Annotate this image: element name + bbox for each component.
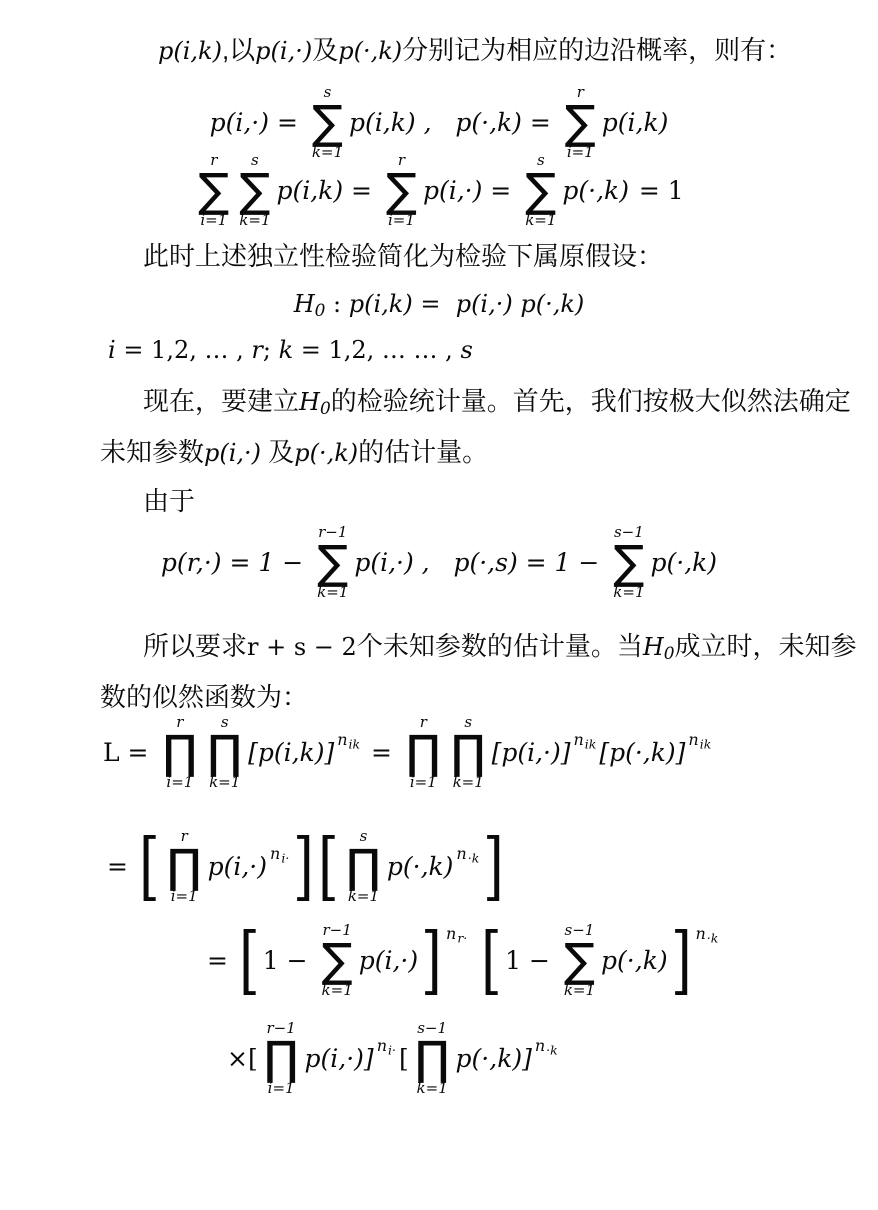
tall-bracket: ]: [671, 928, 692, 993]
text-run: [470, 946, 478, 975]
math-run: p(·,k): [338, 37, 402, 65]
math-run: H: [643, 633, 664, 661]
paragraph-likelihood-label: 数的似然函数为：: [100, 681, 308, 715]
math-run: p(·,k): [294, 439, 358, 467]
subscript: 0: [664, 643, 675, 663]
math-run: p(i,·) , p(·,s) = 1 −: [354, 548, 607, 577]
text-run: 1 −: [505, 946, 558, 975]
chinese-text-run: 此时上述独立性检验简化为检验下属原假设：: [143, 241, 663, 271]
formula-total-probability-one: r∑i=1s∑k=1p(i,k) = r∑i=1p(i,·) = s∑k=1p(…: [100, 152, 778, 229]
text-run: ;: [263, 336, 279, 364]
product-operator: s∏k=1: [207, 714, 242, 791]
formula-likelihood-line2: = [r∏i=1p(i,·)ni·][s∏k=1p(·,k)n·k]: [106, 828, 506, 905]
formula-likelihood-line1: L = r∏i=1s∏k=1[p(i,k)]nik = r∏i=1s∏k=1[p…: [102, 714, 713, 791]
superscript: nik: [687, 730, 711, 752]
math-run: p(i,k) , p(·,k) =: [349, 108, 559, 137]
tall-bracket: ]: [293, 834, 314, 899]
math-run: n: [446, 924, 456, 943]
sum-operator: s−1∑k=1: [564, 922, 595, 999]
math-run: k: [279, 336, 294, 364]
chinese-text-run: 成立时，未知参: [675, 631, 857, 661]
chinese-text-run: 及: [261, 437, 294, 467]
superscript: nik: [336, 730, 360, 752]
text-run: ×[: [227, 1044, 258, 1073]
math-run: n: [456, 844, 466, 863]
math-run: [p(·,k)]: [599, 738, 685, 767]
math-run: p(i,k) =: [276, 176, 379, 205]
tall-bracket: ]: [483, 834, 504, 899]
subscript: 0: [320, 398, 331, 418]
math-run: H: [299, 388, 320, 416]
sum-operator: s∑k=1: [312, 84, 343, 161]
math-run: p(i,·): [359, 946, 418, 975]
tall-bracket: [: [318, 834, 339, 899]
tall-bracket: ]: [421, 928, 442, 993]
paragraph-intro: p(i,k),以p(i,·)及p(·,k)分别记为相应的边沿概率，则有：: [158, 34, 792, 68]
chinese-text-run: 的估计量。: [358, 437, 488, 467]
text-run: :: [325, 290, 348, 318]
sum-operator: s−1∑k=1: [613, 524, 644, 601]
sum-operator: r−1∑k=1: [322, 922, 353, 999]
chinese-text-run: ,以: [222, 35, 255, 65]
math-run: i: [108, 336, 116, 364]
tall-bracket: [: [139, 834, 160, 899]
math-run: p(·,k): [601, 946, 668, 975]
product-operator: s∏k=1: [451, 714, 486, 791]
chinese-text-run: 现在，要建立: [143, 386, 299, 416]
superscript: n·k: [534, 1036, 558, 1058]
math-run: H: [294, 290, 315, 318]
subscript: 0: [315, 300, 326, 320]
paragraph-index-range: i = 1,2, … , r; k = 1,2, … … , s: [108, 334, 473, 367]
formula-constraint: p(r,·) = 1 − r−1∑k=1p(i,·) , p(·,s) = 1 …: [100, 524, 778, 601]
subscript: ·k: [468, 850, 480, 865]
formula-likelihood-line4: ×[r−1∏i=1p(i,·)]ni·[s−1∏k=1p(·,k)]n·k: [226, 1020, 560, 1097]
math-run: n: [573, 730, 583, 749]
math-run: p(i,·)]: [305, 1044, 374, 1073]
chinese-text-run: 及: [312, 35, 338, 65]
math-run: s: [460, 336, 472, 364]
subscript: ·k: [707, 931, 719, 946]
chinese-text-run: 数的似然函数为：: [100, 682, 308, 712]
math-run: p(i,·): [255, 37, 312, 65]
math-run: p(i,k): [158, 37, 222, 65]
formula-marginal-probability: p(i,·) = s∑k=1p(i,k) , p(·,k) = r∑i=1p(i…: [100, 84, 778, 161]
math-run: p(i,k): [602, 108, 669, 137]
math-run: p(·,k)]: [456, 1044, 532, 1073]
chinese-text-run: 分别记为相应的边沿概率，则有：: [402, 35, 792, 65]
product-operator: r∏i=1: [406, 714, 441, 791]
chinese-text-run: 的检验统计量。首先，我们按极大似然法确定: [331, 386, 851, 416]
subscript: ik: [349, 736, 361, 751]
superscript: nik: [572, 730, 596, 752]
math-run: n: [688, 730, 698, 749]
math-run: p(i,k) = p(i,·) p(·,k): [349, 290, 584, 318]
text-run: L =: [103, 738, 156, 767]
tall-bracket: [: [239, 928, 260, 993]
math-run: p(i,·) =: [210, 108, 306, 137]
text-run: r + s − 2: [247, 633, 357, 661]
chinese-text-run: 由于: [143, 486, 195, 516]
sum-operator: r∑i=1: [565, 84, 596, 161]
text-run: = 1: [639, 176, 684, 205]
superscript: nr·: [445, 924, 467, 946]
math-run: n: [535, 1036, 545, 1055]
math-run: n: [377, 1036, 387, 1055]
chinese-text-run: 未知参数: [100, 437, 204, 467]
superscript: n·k: [694, 924, 718, 946]
product-operator: r∏i=1: [167, 828, 202, 905]
math-run: p(i,·) =: [423, 176, 519, 205]
subscript: i·: [388, 1042, 396, 1057]
paragraph-hypothesis-intro: 此时上述独立性检验简化为检验下属原假设：: [143, 240, 663, 274]
paragraph-estimate-count: 所以要求r + s − 2个未知参数的估计量。当H0成立时，未知参: [143, 630, 857, 664]
math-run: n: [695, 924, 705, 943]
subscript: r·: [457, 931, 467, 946]
math-run: p(r,·) = 1 −: [161, 548, 311, 577]
subscript: ·k: [546, 1042, 558, 1057]
formula-likelihood-line3: = [1 − r−1∑k=1p(i,·)]nr· [1 − s−1∑k=1p(·…: [206, 922, 720, 999]
sum-operator: r∑i=1: [198, 152, 229, 229]
sum-operator: s∑k=1: [239, 152, 270, 229]
tall-bracket: [: [481, 928, 502, 993]
superscript: n·k: [455, 844, 479, 866]
text-run: = 1,2, … ,: [116, 336, 252, 364]
superscript: ni·: [376, 1036, 396, 1058]
subscript: i·: [281, 850, 289, 865]
text-run: =: [363, 738, 400, 767]
product-operator: s∏k=1: [346, 828, 381, 905]
text-run: = 1,2, … … ,: [293, 336, 460, 364]
math-run: r: [251, 336, 262, 364]
sum-operator: r−1∑k=1: [317, 524, 348, 601]
math-run: n: [337, 730, 347, 749]
subscript: ik: [700, 736, 712, 751]
superscript: ni·: [269, 844, 289, 866]
math-run: p(·,k): [387, 852, 454, 881]
document-page: p(i,k),以p(i,·)及p(·,k)分别记为相应的边沿概率，则有： p(i…: [0, 0, 878, 1210]
product-operator: r∏i=1: [162, 714, 197, 791]
math-run: p(i,·): [204, 439, 261, 467]
formula-null-hypothesis: H0 : p(i,k) = p(i,·) p(·,k): [100, 288, 778, 321]
chinese-text-run: 个未知参数的估计量。当: [357, 631, 643, 661]
math-run: p(·,k): [651, 548, 718, 577]
math-run: [p(i,·)]: [492, 738, 571, 767]
math-run: p(i,·): [208, 852, 267, 881]
sum-operator: r∑i=1: [386, 152, 417, 229]
math-run: [p(i,k)]: [248, 738, 334, 767]
text-run: 1 −: [263, 946, 316, 975]
paragraph-build-statistic: 现在，要建立H0的检验统计量。首先，我们按极大似然法确定: [143, 385, 851, 419]
product-operator: s−1∏k=1: [415, 1020, 450, 1097]
paragraph-because: 由于: [143, 485, 195, 519]
text-run: =: [207, 946, 236, 975]
paragraph-unknown-params: 未知参数p(i,·) 及p(·,k)的估计量。: [100, 436, 488, 470]
math-run: p(·,k): [562, 176, 637, 205]
math-run: n: [270, 844, 280, 863]
sum-operator: s∑k=1: [525, 152, 556, 229]
text-run: [: [399, 1044, 409, 1073]
subscript: ik: [585, 736, 597, 751]
chinese-text-run: 所以要求: [143, 631, 247, 661]
product-operator: r−1∏i=1: [264, 1020, 299, 1097]
text-run: =: [107, 852, 136, 881]
